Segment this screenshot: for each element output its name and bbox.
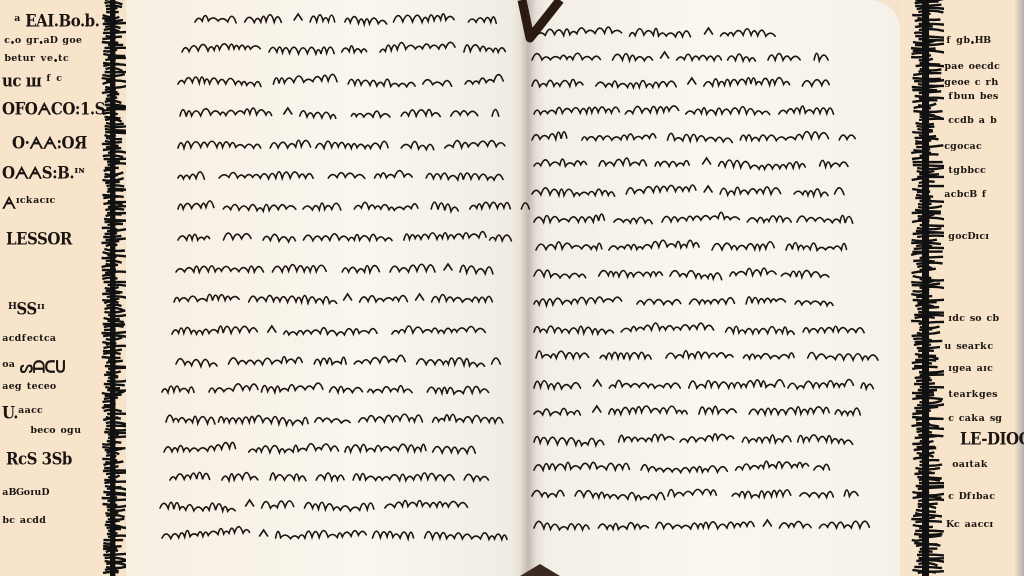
handwriting-line [164, 442, 475, 453]
handwriting-line [195, 14, 496, 25]
side-page-text-line: ᵃᶜᵇᶜᴮ ᶠ [944, 187, 987, 207]
handwriting-line [170, 472, 488, 481]
side-page-text-line: ᶜᵍᵒᶜᵃᶜ [944, 139, 982, 159]
handwriting-line [536, 351, 878, 360]
side-page-text-line: ᶦᵈᶜ ˢᵒ ᶜᵇ [948, 311, 999, 331]
side-page-text-line: ᶜ ᴰᶠᶦᵇᵃᶜ [948, 489, 995, 509]
handwriting-line [178, 232, 511, 242]
handwriting-line [534, 212, 853, 223]
handwriting-line [176, 355, 500, 366]
handwriting-line [532, 78, 829, 88]
handwriting-line [182, 42, 505, 54]
handwriting-line [534, 158, 848, 169]
handwriting-line [176, 264, 493, 274]
handwriting-line [534, 323, 864, 334]
handwriting-line [180, 108, 499, 118]
handwriting-line [178, 140, 505, 149]
handwriting-line [178, 74, 503, 87]
handwriting-line [534, 520, 869, 530]
handwriting-line [534, 379, 873, 388]
side-page-text-line: ᶜᶜᵈᵇ ᵃ ᵇ [948, 113, 997, 133]
handwriting-line [532, 489, 858, 499]
handwriting-line [532, 185, 844, 196]
side-page-text-line: ᴷᶜ ᵃᵃᶜᶜᶦ [946, 517, 993, 537]
handwriting-line [532, 132, 855, 143]
side-page-text-line: LE-DIOO [960, 429, 1024, 449]
side-page-text-line: ᶠᵇᵘⁿ ᵇᵉˢ [948, 89, 998, 109]
handwriting-line [534, 406, 860, 415]
handwriting-line [536, 240, 847, 250]
right-page-edge-shadow [1014, 0, 1024, 576]
side-page-text-line: ᵘ ˢᵉᵃʳᵏᶜ [944, 339, 993, 359]
side-page-text-line: ᵗᵍᵇᵇᶜᶜ [948, 163, 986, 183]
handwriting-line [172, 326, 485, 335]
side-page-text-line: ᵗᵉᵃʳᵏᵍᵉˢ [948, 387, 997, 407]
handwriting-layer [0, 0, 1024, 576]
handwriting-line [534, 297, 833, 306]
handwriting-line [534, 461, 830, 472]
side-page-text-line: ᵍᵒᶜᴰᶦᶜᶦ [948, 229, 989, 249]
handwriting-line [534, 434, 853, 446]
handwriting-line [160, 500, 467, 511]
side-page-text-line: ᶦᵍᵉᵃ ᵃᶦᶜ [948, 361, 993, 381]
handwriting-line [178, 171, 503, 180]
handwriting-line [532, 52, 828, 61]
right-ink-fringe [900, 0, 944, 576]
handwriting-line [534, 106, 834, 115]
handwriting-line [162, 527, 507, 540]
handwriting-line [162, 383, 488, 394]
handwriting-line [536, 27, 775, 37]
handwriting-line [534, 268, 829, 280]
notebook-photo: ᵃ EAI.Bo.b.ᶜ·ᵒ ᵍʳ·ᵃᴰ ᵍᵒᵉᵇᵉᵗᵘʳ ᵛᵉ·ᵗᶜuc ꟺ … [0, 0, 1024, 576]
handwriting-line [174, 294, 492, 303]
handwriting-line [166, 414, 503, 425]
side-page-text-line: ᶜ ᶜᵃᵏᵃ ˢᵍ [948, 411, 1002, 431]
side-page-text-line: ᶠ ᵍᵇ·ᴴᴮ [946, 33, 991, 53]
handwriting-line [178, 201, 529, 212]
side-page-text-line: ᵒᵃᶦᵗᵃᵏ [952, 457, 988, 477]
